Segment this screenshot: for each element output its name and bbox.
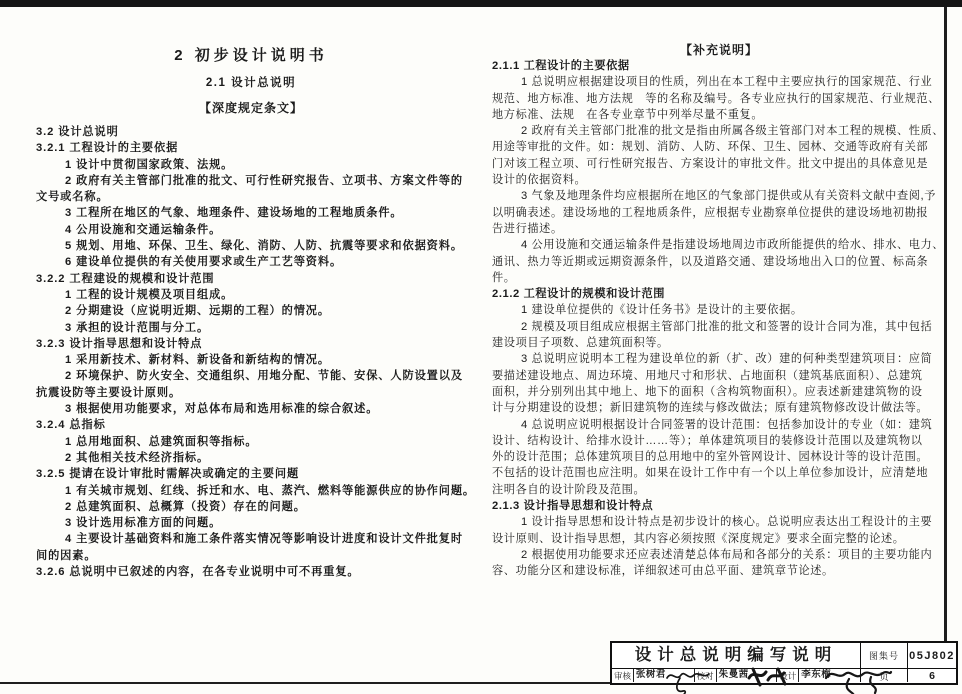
text-line: 以明确表述。建设场地的工程地质条件，应根据专业勘察单位提供的建设场地初勘报 [492,205,948,221]
text-line: 地方标准、法规 在各专业章节中列举尽量不重复。 [492,107,948,123]
text-line: 用途等审批的文件。如：规划、消防、人防、环保、卫生、园林、交通等政府有关部 [492,139,948,155]
text-line: 设计、结构设计、给排水设计……等）；单体建筑项目的装修设计范围以及建筑物以 [492,433,948,449]
text-line: 3 总说明应说明本工程为建设单位的新（扩、改）建的何种类型建筑项目：应简 [492,351,948,367]
text-line: 3.2.4 总指标 [36,417,468,433]
text-line: 间的因素。 [36,548,468,564]
text-line: 6 建设单位提供的有关使用要求或生产工艺等资料。 [36,254,468,270]
section-title: 2.1 设计总说明 [36,74,466,90]
drawing-title-block: 设计总说明编写说明 图集号 05J802 审核 张树君 校对 朱曼茜 [610,641,958,685]
text-line: 3 气象及地理条件均应根据所在地区的气象部门提供或从有关资料文献中查阅,予 [492,188,948,204]
text-line: 1 总说明应根据建设项目的性质，列出在本工程中主要应执行的国家规范、行业 [492,74,948,90]
text-line: 2 规模及项目组成应根据主管部门批准的批文和签署的设计合同为准，其中包括 [492,319,948,335]
text-line: 2 根据使用功能要求还应表述清楚总体布局和各部分的关系：项目的主要功能内 [492,547,948,563]
text-line: 1 工程的设计规模及项目组成。 [36,287,468,303]
proofreader-name-cell: 朱曼茜 [717,669,778,682]
document-page: 2 初步设计说明书 2.1 设计总说明 【深度规定条文】 【补充说明】 3.2 … [0,0,962,694]
text-line: 设计原则、设计指导思想，其内容必须按照《深度规定》要求全面完整的论述。 [492,531,948,547]
right-column-rubric: 【补充说明】 [490,41,948,58]
text-line: 1 总用地面积、总建筑面积等指标。 [36,434,468,450]
text-line: 2.1.1 工程设计的主要依据 [492,58,948,74]
designer-role-label: 设计 [777,669,799,682]
text-line: 2 环境保护、防火安全、交通组织、用地分配、节能、安保、人防设置以及 [36,368,468,384]
text-line: 1 有关城市规划、红线、拆迁和水、电、蒸汽、燃料等能源供应的协作问题。 [36,483,468,499]
text-line: 注明各自的设计阶段及范围。 [492,482,948,498]
text-line: 2 政府有关主管部门批准的批文、可行性研究报告、立项书、方案文件等的 [36,173,468,189]
signature-strip: 审核 张树君 校对 朱曼茜 [612,669,861,682]
text-line: 5 规划、用地、环保、卫生、绿化、消防、人防、抗震等要求和依据资料。 [36,238,468,254]
reviewer-name: 张树君 [634,669,694,681]
text-line: 通讯、热力等近期或远期资源条件，以及道路交通、建设场地出入口的位置、标高条 [492,254,948,270]
text-line: 外的设计范围；总体建筑项目的总用地中的室外管网设计、园林设计等的设计范围。 [492,449,948,465]
proofreader-role-label: 校对 [695,669,717,682]
text-line: 3.2.2 工程建设的规模和设计范围 [36,271,468,287]
text-line: 3.2 设计总说明 [36,124,468,140]
right-column-body: 2.1.1 工程设计的主要依据1 总说明应根据建设项目的性质，列出在本工程中主要… [492,58,948,580]
text-line: 3.2.6 总说明中已叙述的内容，在各专业说明中可不再重复。 [36,564,468,580]
proofreader-name: 朱曼茜 [717,669,777,681]
text-line: 1 采用新技术、新材料、新设备和新结构的情况。 [36,352,468,368]
text-line: 文号或名称。 [36,189,468,205]
page-number-label: 页 [861,669,908,682]
text-line: 规范、地方标准、地方法规 等的名称及编号。各专业应执行的国家规范、行业规范、 [492,91,948,107]
text-line: 2 分期建设（应说明近期、远期的工程）的情况。 [36,303,468,319]
text-line: 3.2.5 提请在设计审批时需解决或确定的主要问题 [36,466,468,482]
text-line: 2.1.2 工程设计的规模和设计范围 [492,286,948,302]
text-line: 不包括的设计范围也应注明。如果在设计工作中有一个以上单位参加设计，应清楚地 [492,465,948,481]
sheet-title: 设计总说明编写说明 [612,643,861,668]
title-block-row-top: 设计总说明编写说明 图集号 05J802 [612,643,956,669]
text-line: 2 总建筑面积、总概算（投资）存在的问题。 [36,499,468,515]
text-line: 3 设计选用标准方面的问题。 [36,515,468,531]
atlas-number-value: 05J802 [908,643,956,668]
text-line: 要描述建设地点、周边环境、用地尺寸和形状、占地面积（建筑基底面积）、总建筑 [492,368,948,384]
text-line: 1 设计中贯彻国家政策、法规。 [36,157,468,173]
text-line: 1 建设单位提供的《设计任务书》是设计的主要依据。 [492,302,948,318]
left-column-body: 3.2 设计总说明3.2.1 工程设计的主要依据1 设计中贯彻国家政策、法规。2… [36,124,468,580]
text-line: 3 承担的设计范围与分工。 [36,320,468,336]
designer-name: 李东梅 [799,669,860,681]
text-line: 4 公用设施和交通运输条件是指建设场地周边市政所能提供的给水、排水、电力、 [492,237,948,253]
text-line: 3 工程所在地区的气象、地理条件、建设场地的工程地质条件。 [36,205,468,221]
title-block-row-bottom: 审核 张树君 校对 朱曼茜 [612,669,956,682]
text-line: 3.2.1 工程设计的主要依据 [36,140,468,156]
atlas-number-label: 图集号 [861,643,908,668]
designer-name-cell: 李东梅 [799,669,860,682]
text-line: 建设项目子项数、总建筑面积等。 [492,335,948,351]
text-line: 4 主要设计基础资料和施工条件落实情况等影响设计进度和设计文件批复时 [36,531,468,547]
text-line: 1 设计指导思想和设计特点是初步设计的核心。总说明应表达出工程设计的主要 [492,514,948,530]
text-line: 2 政府有关主管部门批准的批文是指由所属各级主管部门对本工程的规模、性质、 [492,123,948,139]
reviewer-role-label: 审核 [612,669,634,682]
text-line: 告进行描述。 [492,221,948,237]
text-line: 3.2.3 设计指导思想和设计特点 [36,336,468,352]
reviewer-name-cell: 张树君 [634,669,695,682]
text-line: 2.1.3 设计指导思想和设计特点 [492,498,948,514]
text-line: 计与分期建设的设想；新旧建筑物的连续与修改做法；原有建筑物修改设计做法等。 [492,400,948,416]
text-line: 3 根据使用功能要求，对总体布局和选用标准的综合叙述。 [36,401,468,417]
text-line: 门对该工程立项、可行性研究报告、方案设计的审批文件。批文中提出的具体意见是 [492,156,948,172]
text-line: 2 其他相关技术经济指标。 [36,450,468,466]
page-top-rule [0,0,962,7]
text-line: 设计的依据资料。 [492,172,948,188]
page-number-value: 6 [908,669,956,682]
text-line: 容、功能分区和建设标准，详细叙述可由总平面、建筑章节论述。 [492,563,948,579]
text-line: 4 公用设施和交通运输条件。 [36,222,468,238]
chapter-title: 2 初步设计说明书 [36,44,466,65]
text-line: 抗震设防等主要设计原则。 [36,385,468,401]
text-line: 面积，并分别列出其中地上、地下的面积（含构筑物面积）。应表述新建建筑物的设 [492,384,948,400]
text-line: 4 总说明应说明根据设计合同签署的设计范围：包括参加设计的专业（如：建筑 [492,417,948,433]
text-line: 件。 [492,270,948,286]
left-column-rubric: 【深度规定条文】 [36,99,466,116]
